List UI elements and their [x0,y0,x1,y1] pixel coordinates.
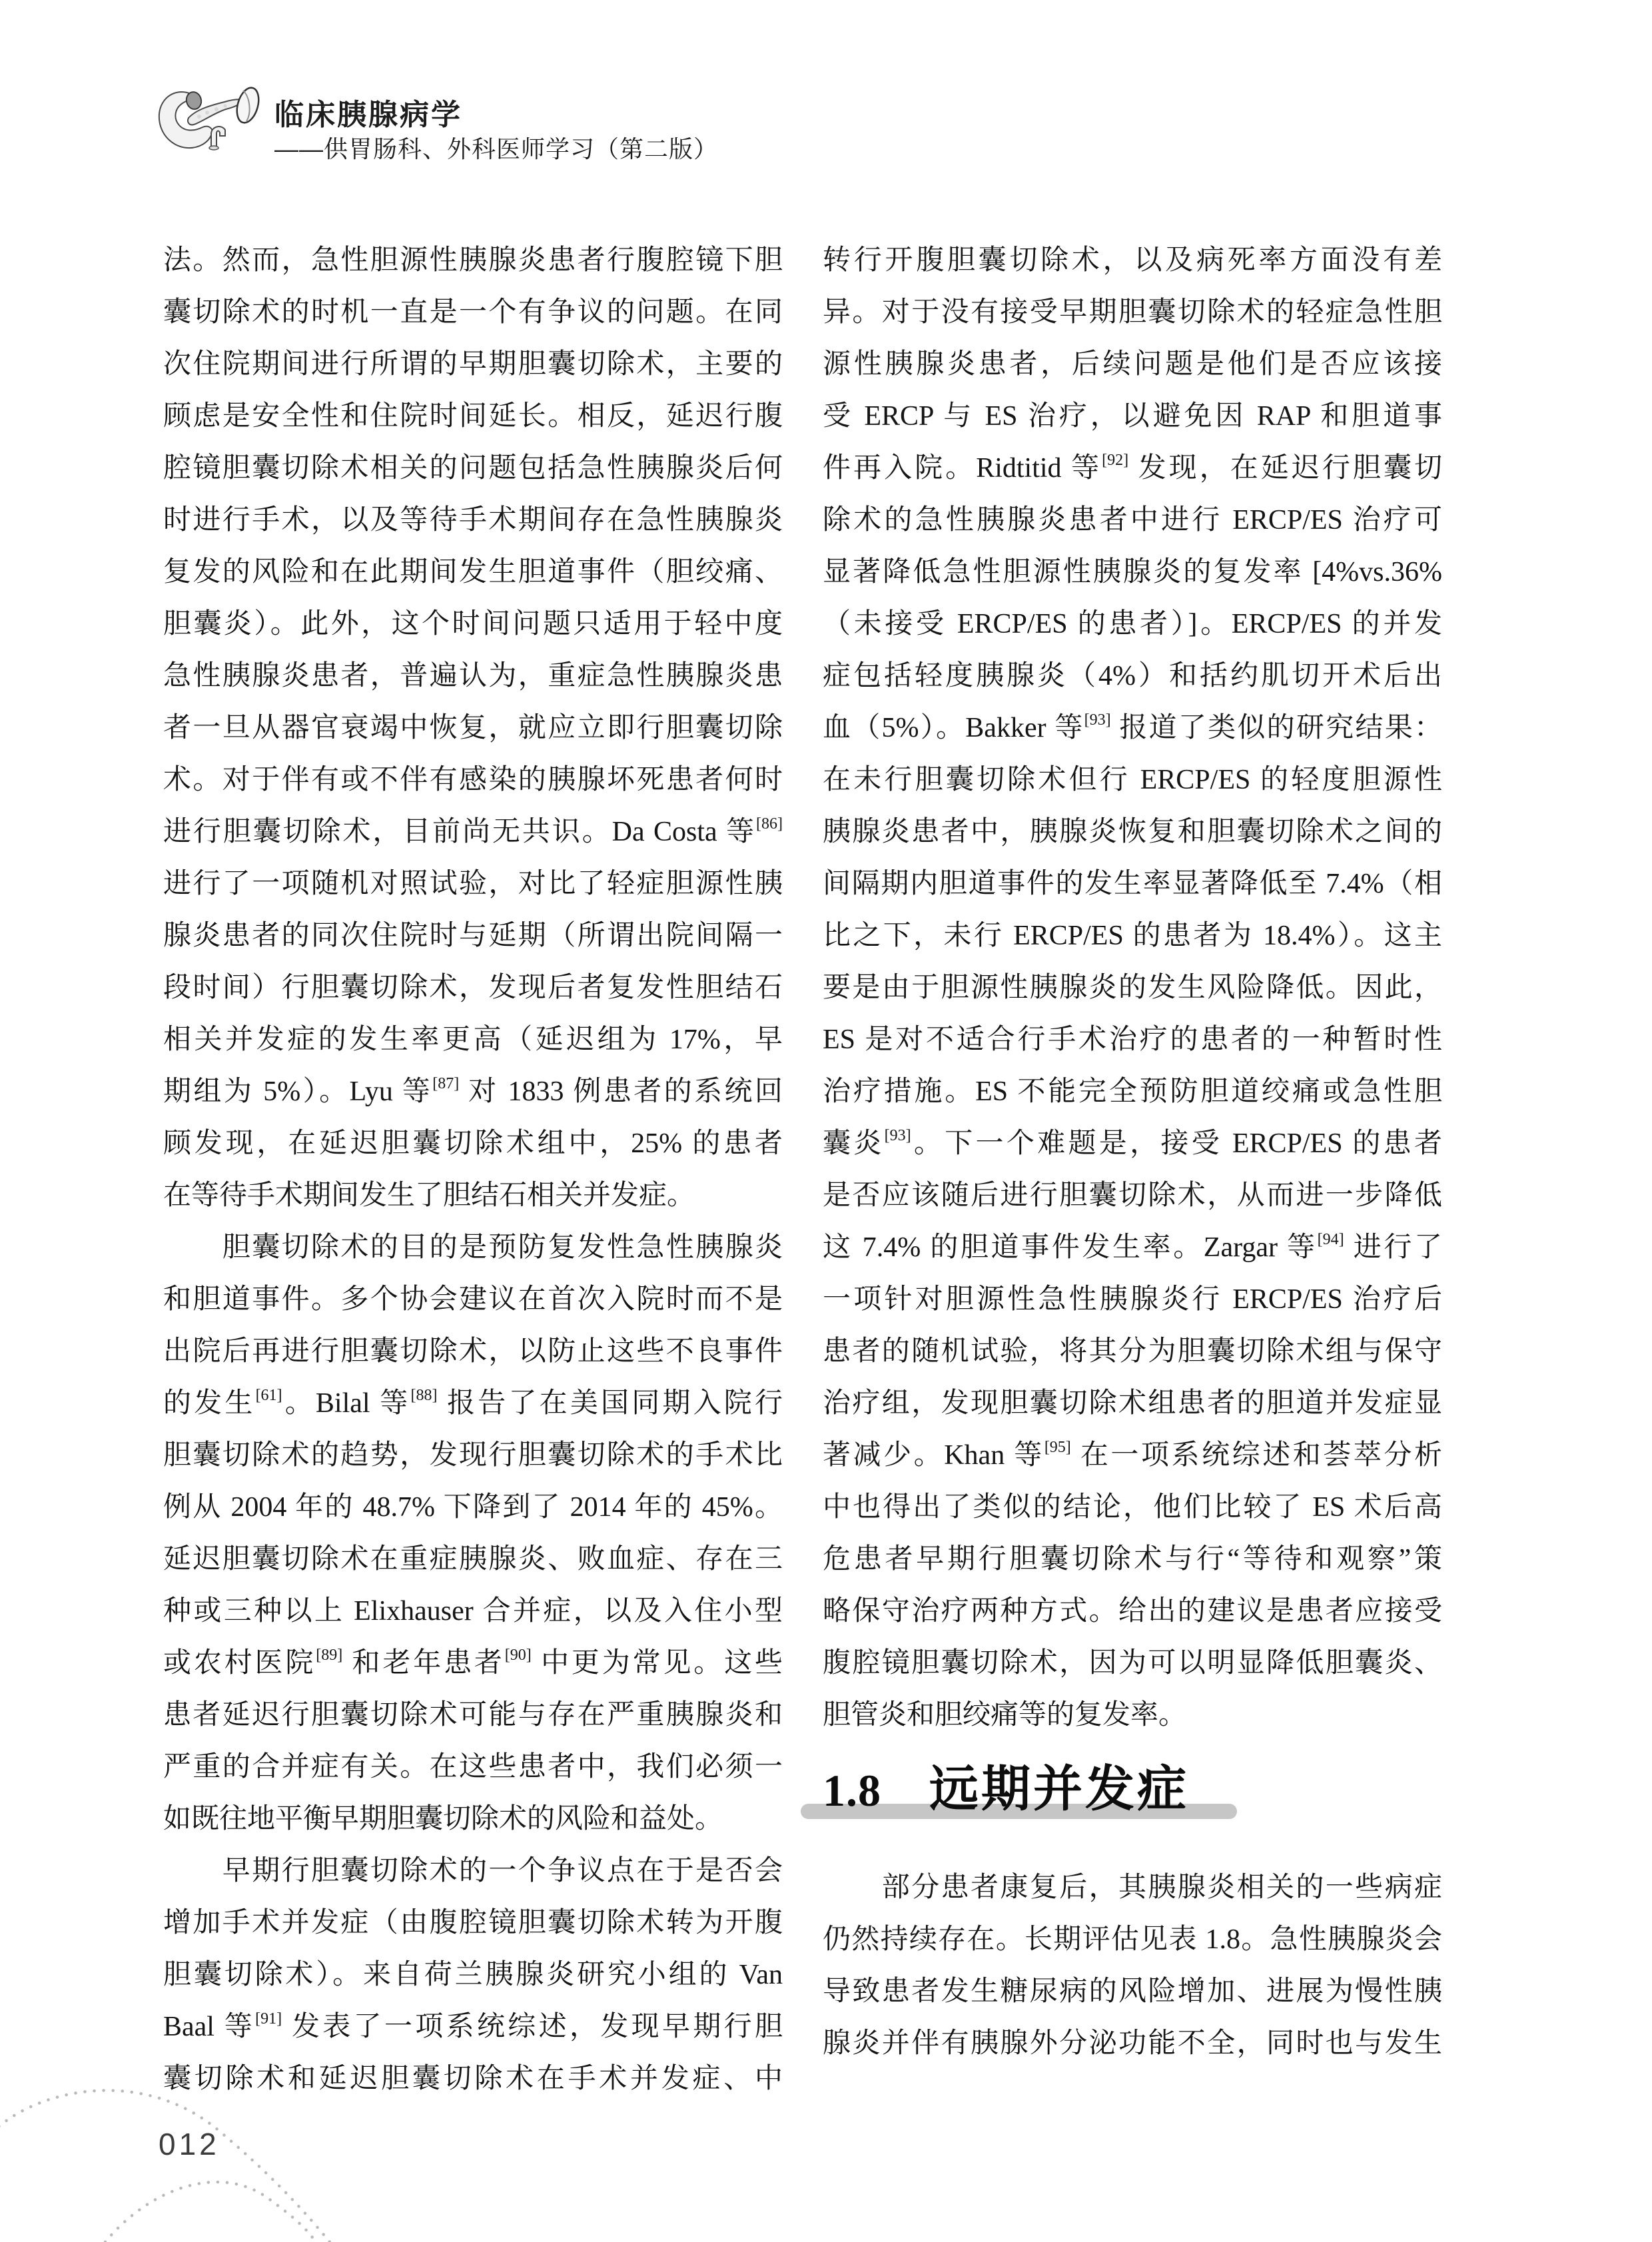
text-line: 种或三种以上 Elixhauser 合并症，以及入住小型 [163,1585,783,1637]
text-line: （未接受 ERCP/ES 的患者）]。ERCP/ES 的并发 [823,598,1442,650]
right-text-column: 转行开腹胆囊切除术，以及病死率方面没有差异。对于没有接受早期胆囊切除术的轻症急性… [823,234,1442,1741]
text-line: 症包括轻度胰腺炎（4%）和括约肌切开术后出 [823,650,1442,702]
text-line: 胰腺炎患者中，胰腺炎恢复和胆囊切除术之间的 [823,806,1442,858]
text-line: 导致患者发生糖尿病的风险增加、进展为慢性胰 [823,1966,1442,2018]
text-line: 显著降低急性胆源性胰腺炎的复发率 [4%vs.36% [823,546,1442,598]
book-title: 临床胰腺病学 [274,91,462,133]
text-line: 胆囊炎）。此外，这个时间问题只适用于轻中度 [163,598,783,650]
text-line: 异。对于没有接受早期胆囊切除术的轻症急性胆 [823,286,1442,338]
text-line: 顾虑是安全性和住院时间延长。相反，延迟行腹 [163,390,783,442]
text-line: 仍然持续存在。长期评估见表 1.8。急性胰腺炎会 [823,1914,1442,1966]
text-line: 腺炎患者的同次住院时与延期（所谓出院间隔一 [163,910,783,962]
text-line: 次住院期间进行所谓的早期胆囊切除术，主要的 [163,338,783,390]
text-line: 在等待手术期间发生了胆结石相关并发症。 [163,1170,783,1222]
text-line: 要是由于胆源性胰腺炎的发生风险降低。因此， [823,962,1442,1014]
text-line: 是否应该随后进行胆囊切除术，从而进一步降低 [823,1170,1442,1222]
section-title: 远期并发症 [929,1762,1189,1817]
text-line: 受 ERCP 与 ES 治疗，以避免因 RAP 和胆道事 [823,390,1442,442]
text-line: 源性胰腺炎患者，后续问题是他们是否应该接 [823,338,1442,390]
pancreas-logo-icon [155,81,262,156]
text-line: 急性胰腺炎患者，普遍认为，重症急性胰腺炎患 [163,650,783,702]
text-line: 件再入院。Ridtitid 等[92] 发现，在延迟行胆囊切 [823,442,1442,494]
text-line: 著减少。Khan 等[95] 在一项系统综述和荟萃分析 [823,1429,1442,1481]
text-line: 进行胆囊切除术，目前尚无共识。Da Costa 等[86] [163,806,783,858]
text-line: 或农村医院[89] 和老年患者[90] 中更为常见。这些 [163,1637,783,1689]
text-line: 部分患者康复后，其胰腺炎相关的一些病症 [823,1862,1442,1914]
text-line: 腹腔镜胆囊切除术，因为可以明显降低胆囊炎、 [823,1637,1442,1689]
text-line: 的发生[61]。Bilal 等[88] 报告了在美国同期入院行 [163,1377,783,1429]
section-heading: 1.8远期并发症 [823,1764,1442,1844]
paragraph: 部分患者康复后，其胰腺炎相关的一些病症仍然持续存在。长期评估见表 1.8。急性胰… [823,1862,1442,2069]
text-line: 转行开腹胆囊切除术，以及病死率方面没有差 [823,234,1442,286]
text-line: 如既往地平衡早期胆囊切除术的风险和益处。 [163,1793,783,1845]
text-line: 在未行胆囊切除术但行 ERCP/ES 的轻度胆源性 [823,754,1442,806]
text-line: 腺炎并伴有胰腺外分泌功能不全，同时也与发生 [823,2018,1442,2069]
text-line: 血（5%）。Bakker 等[93] 报道了类似的研究结果： [823,702,1442,754]
text-line: 段时间）行胆囊切除术，发现后者复发性胆结石 [163,962,783,1014]
paragraph: 转行开腹胆囊切除术，以及病死率方面没有差异。对于没有接受早期胆囊切除术的轻症急性… [823,234,1442,1741]
paragraph: 法。然而，急性胆源性胰腺炎患者行腹腔镜下胆囊切除术的时机一直是一个有争议的问题。… [163,234,783,1222]
text-line: 囊炎[93]。下一个难题是，接受 ERCP/ES 的患者 [823,1118,1442,1170]
text-line: 胆囊切除术）。来自荷兰胰腺炎研究小组的 Van [163,1949,783,2001]
page-number: 012 [159,2126,220,2162]
left-text-column: 法。然而，急性胆源性胰腺炎患者行腹腔镜下胆囊切除术的时机一直是一个有争议的问题。… [163,234,783,2105]
text-line: 例从 2004 年的 48.7% 下降到了 2014 年的 45%。 [163,1481,783,1533]
text-line: 囊切除术的时机一直是一个有争议的问题。在同 [163,286,783,338]
text-line: 顾发现，在延迟胆囊切除术组中，25% 的患者 [163,1118,783,1170]
text-line: 患者的随机试验，将其分为胆囊切除术组与保守 [823,1325,1442,1377]
text-line: 期组为 5%）。Lyu 等[87] 对 1833 例患者的系统回 [163,1066,783,1118]
text-line: 胆囊切除术的目的是预防复发性急性胰腺炎 [163,1222,783,1274]
text-line: 严重的合并症有关。在这些患者中，我们必须一 [163,1741,783,1793]
text-line: 延迟胆囊切除术在重症胰腺炎、败血症、存在三 [163,1533,783,1585]
text-line: 危患者早期行胆囊切除术与行“等待和观察”策 [823,1533,1442,1585]
text-line: 除术的急性胰腺炎患者中进行 ERCP/ES 治疗可 [823,494,1442,546]
right-column-top-text: 转行开腹胆囊切除术，以及病死率方面没有差异。对于没有接受早期胆囊切除术的轻症急性… [823,234,1442,1741]
text-line: 复发的风险和在此期间发生胆道事件（胆绞痛、 [163,546,783,598]
text-line: 胆管炎和胆绞痛等的复发率。 [823,1689,1442,1741]
book-page: { "header": { "title": "临床胰腺病学", "subtit… [0,0,1652,2242]
section-number: 1.8 [823,1765,881,1816]
text-line: 间隔期内胆道事件的发生率显著降低至 7.4%（相 [823,858,1442,910]
paragraph: 胆囊切除术的目的是预防复发性急性胰腺炎和胆道事件。多个协会建议在首次入院时而不是… [163,1222,783,1845]
text-line: 一项针对胆源性急性胰腺炎行 ERCP/ES 治疗后 [823,1274,1442,1325]
text-line: 相关并发症的发生率更高（延迟组为 17%，早 [163,1014,783,1066]
text-line: 者一旦从器官衰竭中恢复，就应立即行胆囊切除 [163,702,783,754]
text-line: 时进行手术，以及等待手术期间存在急性胰腺炎 [163,494,783,546]
text-line: 法。然而，急性胆源性胰腺炎患者行腹腔镜下胆 [163,234,783,286]
text-line: 和胆道事件。多个协会建议在首次入院时而不是 [163,1274,783,1325]
text-line: 患者延迟行胆囊切除术可能与存在严重胰腺炎和 [163,1689,783,1741]
text-line: 早期行胆囊切除术的一个争议点在于是否会 [163,1845,783,1897]
text-line: ES 是对不适合行手术治疗的患者的一种暂时性 [823,1014,1442,1066]
text-line: 中也得出了类似的结论，他们比较了 ES 术后高 [823,1481,1442,1533]
text-line: 略保守治疗两种方式。给出的建议是患者应接受 [823,1585,1442,1637]
text-line: 治疗组，发现胆囊切除术组患者的胆道并发症显 [823,1377,1442,1429]
text-line: 比之下，未行 ERCP/ES 的患者为 18.4%）。这主 [823,910,1442,962]
text-line: 出院后再进行胆囊切除术，以防止这些不良事件 [163,1325,783,1377]
text-line: 增加手术并发症（由腹腔镜胆囊切除术转为开腹 [163,1897,783,1949]
text-line: 这 7.4% 的胆道事件发生率。Zargar 等[94] 进行了 [823,1222,1442,1274]
book-subtitle: ——供胃肠科、外科医师学习（第二版） [274,131,718,165]
text-line: 术。对于伴有或不伴有感染的胰腺坏死患者何时 [163,754,783,806]
text-line: 腔镜胆囊切除术相关的问题包括急性胰腺炎后何 [163,442,783,494]
text-line: 胆囊切除术的趋势，发现行胆囊切除术的手术比 [163,1429,783,1481]
text-line: 进行了一项随机对照试验，对比了轻症胆源性胰 [163,858,783,910]
right-column-bottom-text: 部分患者康复后，其胰腺炎相关的一些病症仍然持续存在。长期评估见表 1.8。急性胰… [823,1862,1442,2069]
text-line: 治疗措施。ES 不能完全预防胆道绞痛或急性胆 [823,1066,1442,1118]
